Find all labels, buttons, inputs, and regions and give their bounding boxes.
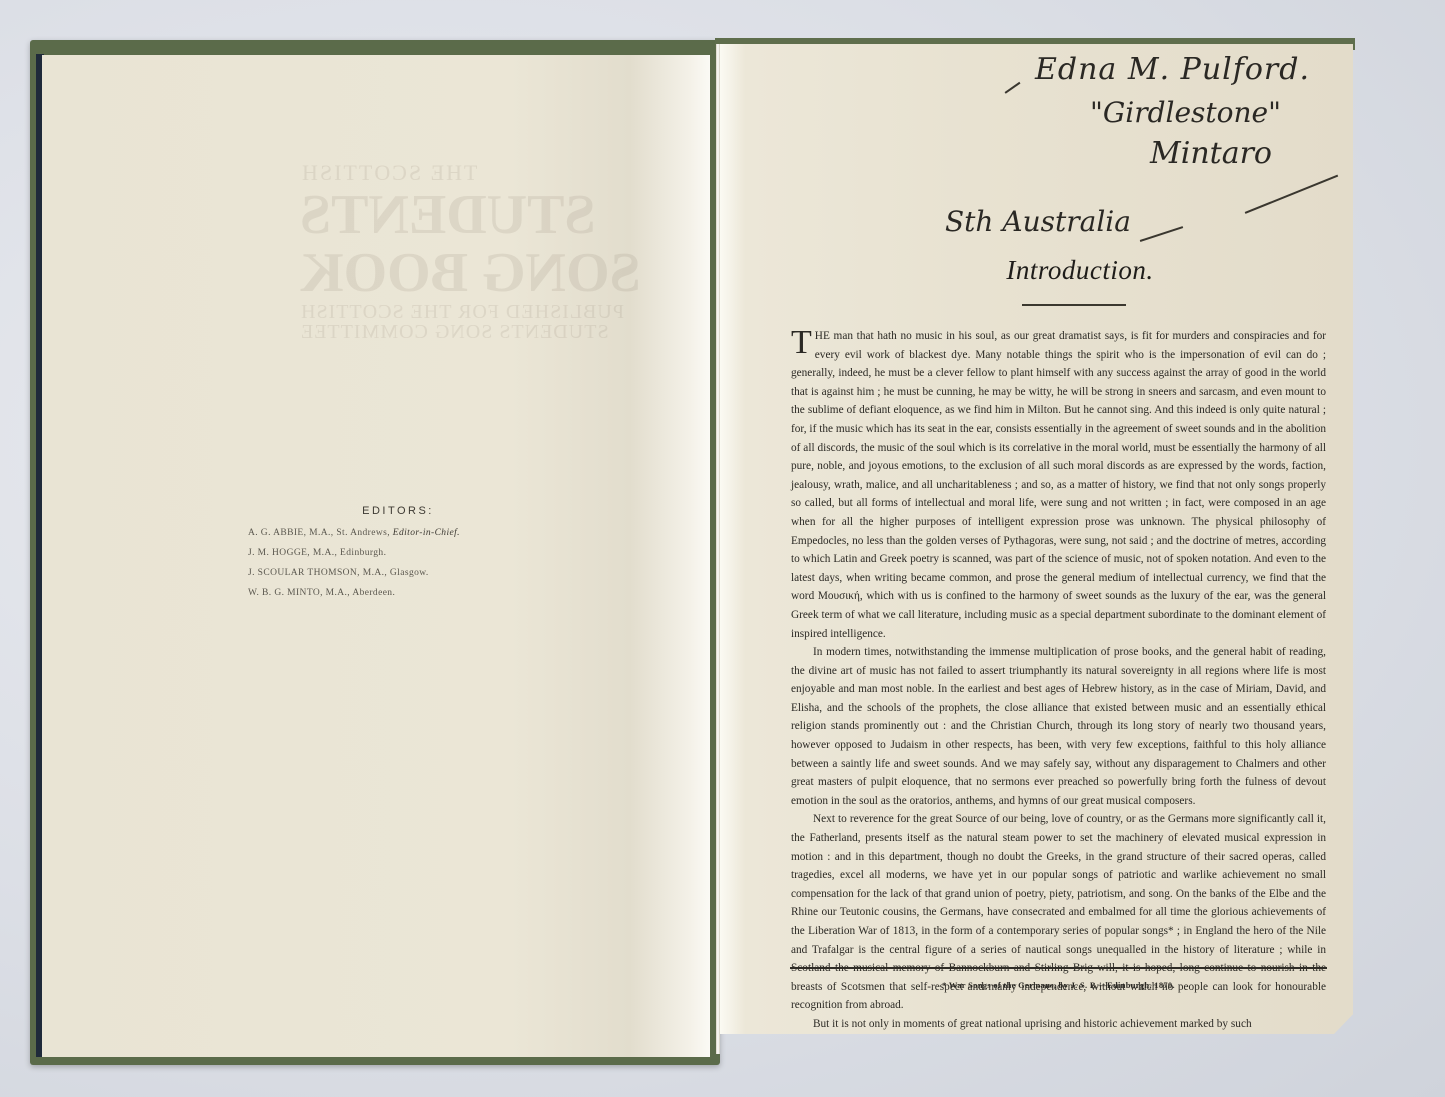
introduction-body: THE man that hath no music in his soul, … bbox=[791, 327, 1326, 1034]
inscription-state: Sth Australia bbox=[945, 205, 1131, 238]
book-gutter bbox=[716, 44, 720, 1054]
bleed-line-3: SONG BOOK bbox=[300, 244, 680, 302]
editors-heading: EDITORS: bbox=[248, 505, 548, 517]
editor-entry: W. B. G. MINTO, M.A., Aberdeen. bbox=[248, 583, 548, 603]
editor-entry: A. G. ABBIE, M.A., St. Andrews, Editor-i… bbox=[248, 523, 548, 543]
editor-entry: J. M. HOGGE, M.A., Edinburgh. bbox=[248, 543, 548, 563]
paragraph: THE man that hath no music in his soul, … bbox=[791, 327, 1326, 643]
editor-entry: J. SCOULAR THOMSON, M.A., Glasgow. bbox=[248, 563, 548, 583]
editor-role: Editor-in-Chief. bbox=[393, 528, 460, 538]
bleed-line-2: STUDENTS bbox=[300, 186, 680, 244]
inscription-name: Edna M. Pulford. bbox=[1035, 52, 1310, 87]
editors-block: EDITORS: A. G. ABBIE, M.A., St. Andrews,… bbox=[248, 505, 548, 603]
page-title: Introduction. bbox=[960, 255, 1200, 286]
title-divider bbox=[1022, 304, 1126, 306]
drop-cap: T bbox=[791, 329, 812, 357]
footnote: * War Songs of the Germans, by J. S. B.—… bbox=[790, 980, 1327, 990]
paragraph: In modern times, notwithstanding the imm… bbox=[791, 643, 1326, 810]
footnote-divider bbox=[790, 967, 1327, 969]
bleed-through-title: THE SCOTTISH STUDENTS SONG BOOK PUBLISHE… bbox=[300, 160, 680, 342]
bleed-line-1: THE SCOTTISH bbox=[300, 160, 680, 186]
inscription-house: "Girdlestone" bbox=[1090, 96, 1281, 129]
bleed-line-4: PUBLISHED FOR THE SCOTTISH STUDENTS SONG… bbox=[300, 302, 680, 342]
paragraph: But it is not only in moments of great n… bbox=[791, 1015, 1326, 1034]
inscription-town: Mintaro bbox=[1150, 136, 1272, 171]
